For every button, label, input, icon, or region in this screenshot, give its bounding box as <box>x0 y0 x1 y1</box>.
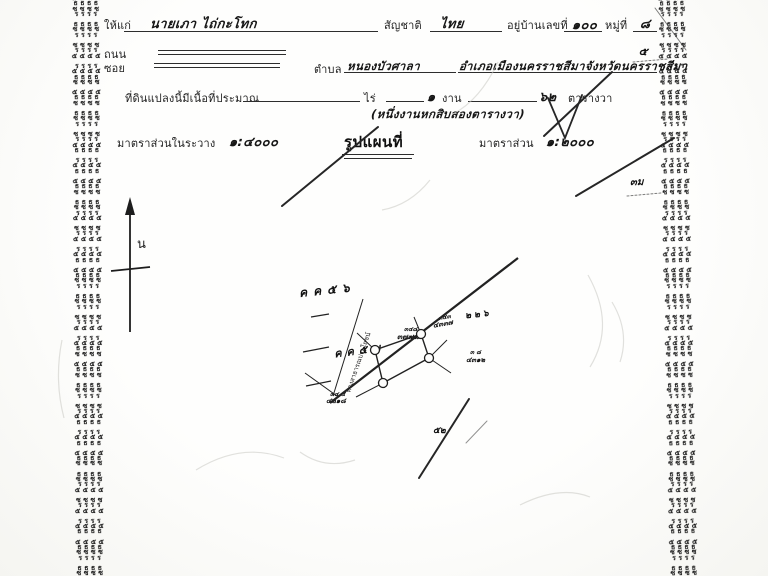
border-glyph-row: ธธธธ <box>657 419 707 425</box>
border-glyph-row: รรรร <box>654 283 704 289</box>
border-glyph-row: ๕๕๕๕ <box>59 216 117 222</box>
soi-label: ซอย <box>104 59 125 77</box>
area-in-words: (หนึ่งงานหกสิบสองตารางวา) <box>370 106 525 124</box>
strike-line <box>154 67 280 68</box>
border-glyph-cluster: ๕๕๕๕ธธธธซซซซ <box>61 451 119 467</box>
border-glyph-row: รรรร <box>660 555 710 561</box>
border-glyph-cluster: รรรร๕๕๕๕ธธธธ <box>62 519 120 535</box>
border-glyph-cluster: ๕๕๕๕ธธธธซซซซ <box>61 362 119 378</box>
nationality-label: สัญชาติ <box>384 16 422 34</box>
border-glyph-row: รรรร <box>656 393 706 399</box>
border-glyph-row: ซซซซ <box>655 351 705 357</box>
border-glyph-cluster: ธธธธซซซซรรรร <box>62 566 120 576</box>
pen-scratch <box>466 421 487 443</box>
border-glyph-cluster: รรรร๕๕๕๕ธธธธ <box>657 429 707 446</box>
border-glyph-cluster: ธธธธซซซซรรรร <box>59 111 117 127</box>
ngan-value: ๑ <box>426 86 436 107</box>
border-glyph-row: ๕๕๕๕ <box>60 325 118 331</box>
border-glyph-row: ธธธธ <box>61 419 119 425</box>
blank-underline <box>243 101 360 102</box>
boundary-mark-number: ๕๒ <box>433 423 446 437</box>
blank-underline <box>386 101 424 102</box>
border-glyph-row: รรรร <box>651 121 701 127</box>
border-glyph-row: ๕๕๕๕ <box>653 236 703 242</box>
border-glyph-row: ๕๕๕๕ <box>655 325 705 331</box>
border-glyph-row: ซซซซ <box>61 372 119 378</box>
border-glyph-cluster: ธธธธซซซซรรรร <box>660 565 710 576</box>
border-glyph-cluster: ซซซซรรรร๕๕๕๕ <box>658 497 708 514</box>
border-glyph-cluster: รรรร๕๕๕๕ธธธธ <box>651 158 701 175</box>
blank-underline <box>124 31 378 32</box>
border-glyph-cluster: ธธธธซซซซรรรร๕๕๕๕ <box>652 199 702 221</box>
border-glyph-cluster: ซซซซรรรร๕๕๕๕ <box>649 43 699 60</box>
survey-scale-value: ๑:๔๐๐๐ <box>228 131 279 152</box>
border-glyph-cluster: ธธธธซซซซรรรร๕๕๕๕ <box>59 200 117 222</box>
title-underline <box>342 154 414 155</box>
border-glyph-row: ธธธธ <box>61 440 119 446</box>
border-glyph-cluster: ซซซซรรรร๕๕๕๕ธธธธ <box>656 403 706 425</box>
border-glyph-row: ซซซซ <box>59 101 117 107</box>
wa-unit-label: ตารางวา <box>568 89 613 107</box>
border-glyph-row: ซซซซ <box>59 80 117 86</box>
corner-marker-s-number: ๔๒๑๘ <box>326 396 346 407</box>
border-glyph-row: รรรร <box>59 121 117 127</box>
border-glyph-cluster: ธธธธซซซซรรรร๕๕๕๕ <box>658 471 708 493</box>
corner-marker-ne-number: ๔๓๓๗ <box>432 317 454 331</box>
border-glyph-cluster: ๕๕๕๕ธธธธซซซซ <box>652 179 702 196</box>
border-glyph-cluster: ๕๕๕๕ธธธธซซซซรรรร <box>659 539 709 561</box>
corner-marker-e-number: ๔๓๑๒ <box>466 355 485 366</box>
border-glyph-cluster: ธธธธซซซซรรรร <box>650 111 700 128</box>
survey-tick <box>311 314 329 317</box>
border-glyph-cluster: ธธธธซซซซรรรร๕๕๕๕ <box>61 472 119 494</box>
border-glyph-cluster: รรรร๕๕๕๕ธธธธ <box>653 246 703 263</box>
right-binding-pattern: ๕๕๕๕ธธธธซซซซรรรรธธธธซซซซรรรรซซซซรรรร๕๕๕๕… <box>648 0 710 576</box>
border-glyph-cluster: รรรร๕๕๕๕ธธธธ <box>60 247 118 263</box>
road-line <box>330 258 518 403</box>
title-underline <box>344 158 412 159</box>
survey-tick <box>303 347 329 352</box>
survey-scale-label: มาตราส่วนในระวาง <box>117 134 216 152</box>
border-glyph-cluster: รรรร๕๕๕๕ธธธธซซซซ <box>60 336 118 358</box>
border-glyph-cluster: รรรร๕๕๕๕ธธธธซซซซ <box>655 335 705 357</box>
border-glyph-cluster: รรรร๕๕๕๕ธธธธ <box>659 518 709 535</box>
wa-value: ๖๒ <box>538 86 557 107</box>
survey-marker-circle <box>379 379 388 388</box>
border-glyph-row: ซซซซ <box>650 100 700 106</box>
left-binding-pattern: ๕๕๕๕ธธธธซซซซรรรรธธธธซซซซรรรรซซซซรรรร๕๕๕๕… <box>58 0 120 576</box>
border-glyph-row: ๕๕๕๕ <box>62 508 120 514</box>
map-figure-title: รูปแผนที่ <box>344 130 403 154</box>
border-glyph-row: ธธธธ <box>62 529 120 535</box>
border-glyph-cluster: ธธธธซซซซรรรร <box>61 383 119 399</box>
house-number-label: อยู่บ้านเลขที่ <box>507 16 568 34</box>
north-arrow-head <box>125 197 135 215</box>
border-glyph-row: รรรร <box>62 555 120 561</box>
ngan-unit-label: งาน <box>442 89 462 107</box>
border-glyph-row: ๕๕๕๕ <box>652 215 702 221</box>
border-glyph-row: ๕๕๕๕ <box>658 487 708 493</box>
border-glyph-row: รรรร <box>60 304 118 310</box>
border-glyph-row: รรรร <box>60 284 118 290</box>
border-glyph-row: รรรร <box>648 11 698 17</box>
blank-underline <box>430 31 502 32</box>
witness-line <box>356 383 383 397</box>
pen-strokes <box>282 8 686 478</box>
border-glyph-row: ซซซซ <box>650 79 700 85</box>
margin-scribble-mid: ๓ม <box>630 175 643 190</box>
border-glyph-row: ธธธธ <box>657 440 707 446</box>
border-glyph-cluster: ๕๕๕๕ธธธธซซซซรรรร <box>62 540 120 562</box>
border-glyph-cluster: ซซซซรรรร๕๕๕๕ <box>60 226 118 242</box>
amphoe-changwat-value: อำเภอเมืองนครราชสีมาจังหวัดนครราชสีมา <box>458 58 688 76</box>
border-glyph-row: ซซซซ <box>60 352 118 358</box>
strike-line <box>158 54 286 55</box>
border-glyph-cluster: ซซซซรรรร๕๕๕๕ <box>60 315 118 331</box>
border-glyph-row: ธธธธ <box>651 147 701 153</box>
border-glyph-cluster: ธธธธซซซซรรรร <box>654 294 704 311</box>
scanned-land-deed-page: ๕๕๕๕ธธธธซซซซรรรรธธธธซซซซรรรรซซซซรรรร๕๕๕๕… <box>0 0 768 576</box>
survey-marker-circle <box>425 354 434 363</box>
border-glyph-row: ซซซซ <box>652 189 702 195</box>
pen-slash <box>419 399 469 478</box>
border-glyph-row: ๕๕๕๕ <box>659 508 709 514</box>
blank-underline <box>633 31 657 32</box>
strike-line <box>158 50 286 51</box>
border-glyph-row: ๕๕๕๕ <box>61 487 119 493</box>
adjacent-parcel-number-top: คค๕๖ <box>298 278 356 303</box>
border-glyph-cluster: ซซซซรรรร๕๕๕๕ธธธธ <box>59 132 117 154</box>
border-glyph-cluster: ซซซซรรรร๕๕๕๕ธธธธ <box>61 404 119 426</box>
witness-line <box>429 340 447 358</box>
border-glyph-cluster: ๕๕๕๕ธธธธซซซซรรรร <box>654 267 704 289</box>
border-glyph-cluster: ๕๕๕๕ธธธธซซซซ <box>650 90 700 107</box>
border-glyph-row: ซซซซ <box>59 189 117 195</box>
border-glyph-row: รรรร <box>654 304 704 310</box>
north-label: น <box>137 237 146 252</box>
map-scale-label: มาตราส่วน <box>479 134 534 152</box>
border-glyph-cluster: ๕๕๕๕ธธธธซซซซรรรร <box>58 0 116 17</box>
border-glyph-row: รรรร <box>61 393 119 399</box>
border-glyph-row: ซซซซ <box>61 461 119 467</box>
blank-underline <box>458 72 657 73</box>
blank-underline <box>344 72 456 73</box>
rai-unit-label: ไร่ <box>364 89 376 107</box>
border-glyph-cluster: ธธธธซซซซรรรร <box>60 294 118 310</box>
corner-marker-top-number: ๓๗๗๘ <box>397 331 419 343</box>
border-glyph-row: ธธธธ <box>59 169 117 175</box>
border-glyph-cluster: ๕๕๕๕ธธธธซซซซ <box>59 90 117 106</box>
border-glyph-row: ธธธธ <box>652 168 702 174</box>
moo-label: หมู่ที่ <box>605 16 627 34</box>
border-glyph-row: ๕๕๕๕ <box>60 236 118 242</box>
border-glyph-row: ซซซซ <box>658 461 708 467</box>
witness-line <box>429 358 451 373</box>
border-glyph-row: ธธธธ <box>653 257 703 263</box>
blank-underline <box>564 31 602 32</box>
border-glyph-row: ซซซซ <box>656 372 706 378</box>
strike-line <box>154 63 280 64</box>
border-glyph-cluster: ซซซซรรรร๕๕๕๕ <box>653 226 703 243</box>
blank-underline <box>468 101 537 102</box>
border-glyph-cluster: ๕๕๕๕ธธธธซซซซ <box>657 450 707 467</box>
border-glyph-cluster: ๕๕๕๕ธธธธซซซซ <box>656 361 706 378</box>
border-glyph-cluster: ๕๕๕๕ธธธธซซซซ <box>59 179 117 195</box>
border-glyph-cluster: ธธธธซซซซรรรร <box>656 382 706 399</box>
subject-parcel-number: คค๕๗ <box>333 338 386 363</box>
road-parcel-number: ๒๒๖ <box>464 306 492 323</box>
border-glyph-cluster: ซซซซรรรร๕๕๕๕ <box>61 498 119 514</box>
border-glyph-cluster: ๕๕๕๕ธธธธซซซซรรรร <box>60 268 118 290</box>
survey-tick <box>306 381 331 386</box>
border-glyph-cluster: รรรร๕๕๕๕ธธธธ <box>59 158 117 174</box>
tambon-value: หนองบัวศาลา <box>346 58 421 76</box>
border-glyph-row: รรรร <box>649 32 699 38</box>
border-glyph-row: ธธธธ <box>60 257 118 263</box>
border-glyph-cluster: รรรร๕๕๕๕ธธธธ <box>61 430 119 446</box>
border-glyph-row: ธธธธ <box>659 529 709 535</box>
border-glyph-cluster: ซซซซรรรร๕๕๕๕ธธธธ <box>651 131 701 153</box>
border-glyph-cluster: ๕๕๕๕ธธธธซซซซรรรร <box>648 0 698 18</box>
area-label: ที่ดินแปลงนี้มีเนื้อที่ประมาณ <box>125 89 259 107</box>
border-glyph-row: ธธธธ <box>59 148 117 154</box>
tambon-label: ตำบล <box>314 60 342 78</box>
border-glyph-cluster: ซซซซรรรร๕๕๕๕ <box>655 314 705 331</box>
map-scale-value: ๑:๒๐๐๐ <box>545 131 595 152</box>
